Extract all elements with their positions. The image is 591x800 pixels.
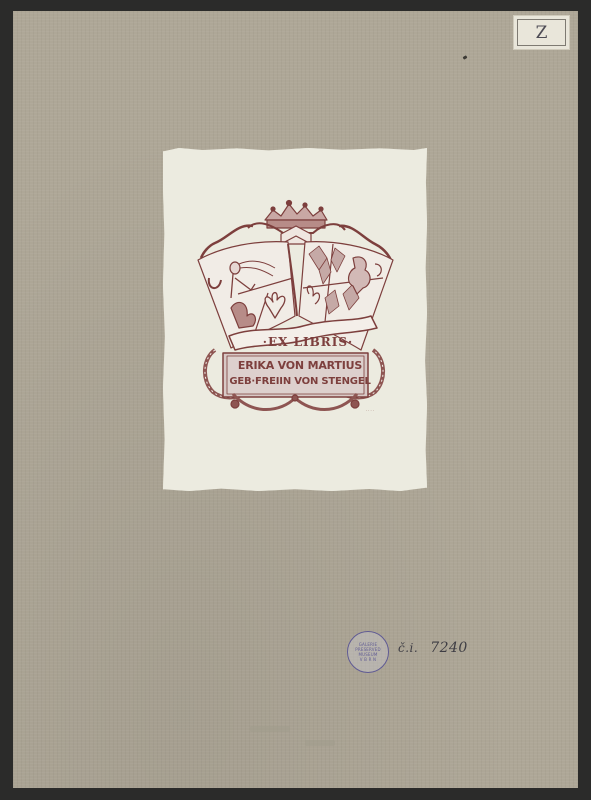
ex-libris-banner-text: ·EX LIBRIS· <box>248 333 368 351</box>
corner-label: Z <box>513 15 570 50</box>
faint-mark <box>305 740 335 746</box>
stamp-line-4: V B R N <box>360 657 376 662</box>
inventory-prefix: č.i. <box>398 641 418 655</box>
artist-signature: · · · · <box>366 409 374 413</box>
crown-icon <box>265 201 327 229</box>
faint-mark <box>250 726 290 732</box>
inventory-number: č.i.7240 <box>398 640 468 656</box>
owner-name-line-1: ERIKA VON MARTIUS <box>220 359 380 372</box>
corner-label-letter: Z <box>517 19 566 46</box>
owner-name-line-2: GEB·FREIIN VON STENGEL <box>220 376 380 387</box>
bookplate-illustration <box>193 198 398 423</box>
collection-stamp: GALERIE PRESERVED MUSEUM V B R N <box>347 631 389 673</box>
inventory-value: 7240 <box>430 640 468 656</box>
